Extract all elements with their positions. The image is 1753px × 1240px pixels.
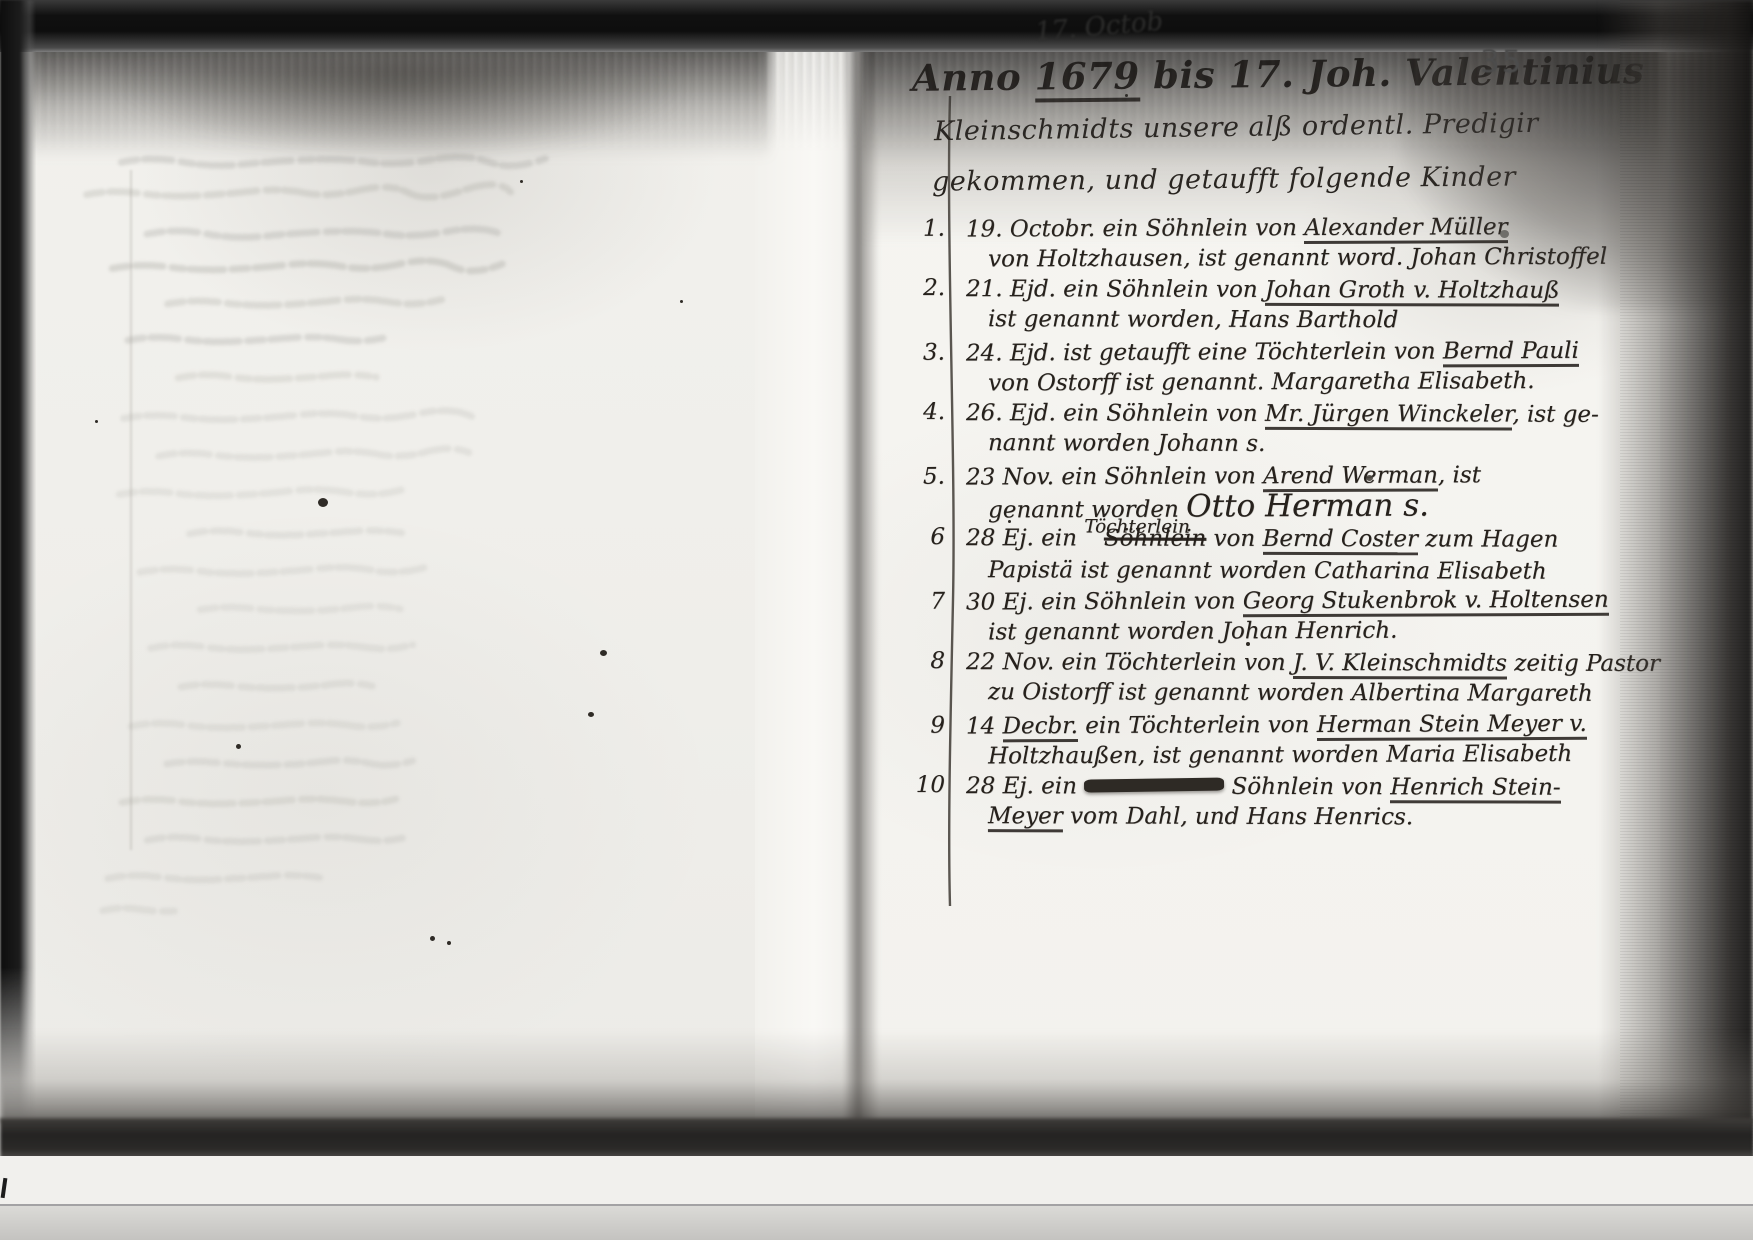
register-entry: 3.24. Ejd. ist getaufft eine Töchterlein… <box>966 335 1658 400</box>
handwriting-text: ist genannt worden Johan Henrich. <box>988 618 1397 646</box>
ink-speck <box>318 498 328 507</box>
handwriting-text: 28 Ej. ein <box>966 773 1084 799</box>
underlined-name: Meyer <box>988 803 1063 832</box>
handwriting-text: 23 Nov. ein Söhnlein von <box>966 463 1263 490</box>
ink-speck <box>1008 520 1011 523</box>
register-entry: 628 Ej. ein TöchterleinSöhnlein von Bern… <box>966 523 1658 587</box>
paper-stain <box>1366 475 1373 481</box>
entry-number: 3. <box>902 340 945 366</box>
handwriting-text: von <box>1206 526 1262 552</box>
entry-line: Papistä ist genannt worden Catharina Eli… <box>988 555 1658 587</box>
underlined-name: Bernd Pauli <box>1443 338 1579 368</box>
handwriting-text: ist genannt worden, Hans Barthold <box>988 306 1398 333</box>
entry-line: 22 Nov. ein Töchterlein von J. V. Kleins… <box>966 647 1658 679</box>
entry-number: 5. <box>902 464 945 490</box>
entry-line: 28 Ej. ein Söhnlein von Henrich Stein- <box>966 771 1658 803</box>
entry-line: zu Oistorff ist genannt worden Albertina… <box>988 677 1658 709</box>
handwriting-text: Papistä ist genannt worden Catharina Eli… <box>988 557 1547 584</box>
ink-speck <box>95 420 98 423</box>
underlined-name: J. V. Kleinschmidts <box>1293 650 1507 680</box>
handwriting-text: 30 Ej. ein Söhnlein von <box>966 588 1243 615</box>
handwriting-text: zu Oistorff ist genannt worden Albertina… <box>988 679 1593 707</box>
handwriting-text: Otto Herman s. <box>1186 487 1429 524</box>
handwriting-text: 21. Ejd. ein Söhnlein von <box>966 276 1265 303</box>
entry-number: 10 <box>902 772 945 798</box>
register-entry: 730 Ej. ein Söhnlein von Georg Stukenbro… <box>966 584 1658 649</box>
left-page <box>30 40 755 1120</box>
ink-speck <box>447 941 451 945</box>
entry-line: 26. Ejd. ein Söhnlein von Mr. Jürgen Win… <box>966 398 1658 430</box>
handwriting-text: nannt worden Johann s. <box>988 430 1265 457</box>
register-entry: 4.26. Ejd. ein Söhnlein von Mr. Jürgen W… <box>966 398 1658 462</box>
entry-number: 7 <box>902 589 945 615</box>
faded-handwriting <box>25 37 759 1123</box>
underlined-name: Bernd Coster <box>1263 526 1419 555</box>
entry-line: ist genannt worden Johan Henrich. <box>988 614 1658 647</box>
handwriting-text: Söhnlein von <box>1224 774 1390 800</box>
ink-blot <box>1084 778 1224 793</box>
handwriting-text: 24. Ejd. ist getaufft eine Töchterlein v… <box>966 338 1443 366</box>
handwriting-text: Holtzhaußen, ist genannt worden Maria El… <box>988 741 1572 770</box>
register-entry: 5.23 Nov. ein Söhnlein von Arend Werman,… <box>966 459 1658 525</box>
scanner-edge-line <box>0 1204 1753 1206</box>
ink-speck <box>430 936 435 941</box>
entry-line: 24. Ejd. ist getaufft eine Töchterlein v… <box>966 335 1658 368</box>
entry-number: 8 <box>902 648 945 674</box>
entry-line: nannt worden Johann s. <box>988 428 1658 460</box>
ink-speck <box>1246 642 1250 646</box>
entry-line: 28 Ej. ein TöchterleinSöhnlein von Bernd… <box>966 523 1658 557</box>
handwriting-text: 14 <box>966 713 1003 739</box>
handwriting-text: , ist ge- <box>1512 402 1599 428</box>
entry-line: von Ostorff ist genannt. Margaretha Elis… <box>988 365 1658 398</box>
entry-line: 14 Decbr. ein Töchterlein von Herman Ste… <box>966 708 1658 741</box>
page-number: 35 <box>1480 44 1523 80</box>
register-scan: Anno 1679 bis 17. Joh. Valentinius Klein… <box>0 0 1753 1240</box>
underlined-name: Decbr. <box>1002 713 1078 742</box>
page-bottom-shadow <box>0 1030 1753 1122</box>
underlined-name: Herman Stein Meyer v. <box>1317 711 1587 741</box>
ink-speck <box>600 650 607 656</box>
handwriting-text: 26. Ejd. ein Söhnlein von <box>966 400 1265 427</box>
entry-number: 2. <box>902 275 945 301</box>
register-entry: 822 Nov. ein Töchterlein von J. V. Klein… <box>966 647 1658 711</box>
register-entry: 914 Decbr. ein Töchterlein von Herman St… <box>966 708 1658 773</box>
ink-speck <box>520 180 523 183</box>
scan-bottom-border <box>0 1118 1753 1160</box>
entry-line: Meyer vom Dahl, und Hans Henrics. <box>988 801 1658 833</box>
entry-number: 6 <box>902 524 945 550</box>
underlined-name: Mr. Jürgen Winckeler <box>1265 401 1512 431</box>
ink-speck <box>588 712 594 717</box>
handwriting-text: vom Dahl, und Hans Henrics. <box>1063 803 1413 830</box>
ink-speck <box>236 744 241 749</box>
handwriting-text: , ist <box>1438 462 1481 488</box>
scan-right-grain <box>1620 0 1753 1162</box>
ink-speck <box>680 300 683 303</box>
register-entry: 1028 Ej. ein Söhnlein von Henrich Stein-… <box>966 771 1658 835</box>
scanner-bed <box>0 1206 1753 1240</box>
underlined-name: Henrich Stein- <box>1390 774 1560 803</box>
entry-line: Holtzhaußen, ist genannt worden Maria El… <box>988 738 1658 771</box>
scanner-strip <box>0 1156 1753 1206</box>
handwriting-text: Töchterlein <box>1084 516 1190 537</box>
scan-left-border <box>0 0 36 1125</box>
entry-number: 4. <box>902 399 945 425</box>
underlined-name: Georg Stukenbrok v. Holtensen <box>1243 587 1609 618</box>
handwriting-text: von Ostorff ist genannt. Margaretha Elis… <box>988 368 1535 396</box>
handwriting-text: 22 Nov. ein Töchterlein von <box>966 649 1293 676</box>
handwriting-text: 28 Ej. ein <box>966 525 1084 551</box>
left-page-margin-line <box>130 170 132 850</box>
handwriting-text: zum Hagen <box>1418 526 1558 552</box>
handwriting-text: ein Töchterlein von <box>1078 712 1317 739</box>
entry-line: 30 Ej. ein Söhnlein von Georg Stukenbrok… <box>966 584 1658 617</box>
entry-number: 9 <box>902 713 945 739</box>
